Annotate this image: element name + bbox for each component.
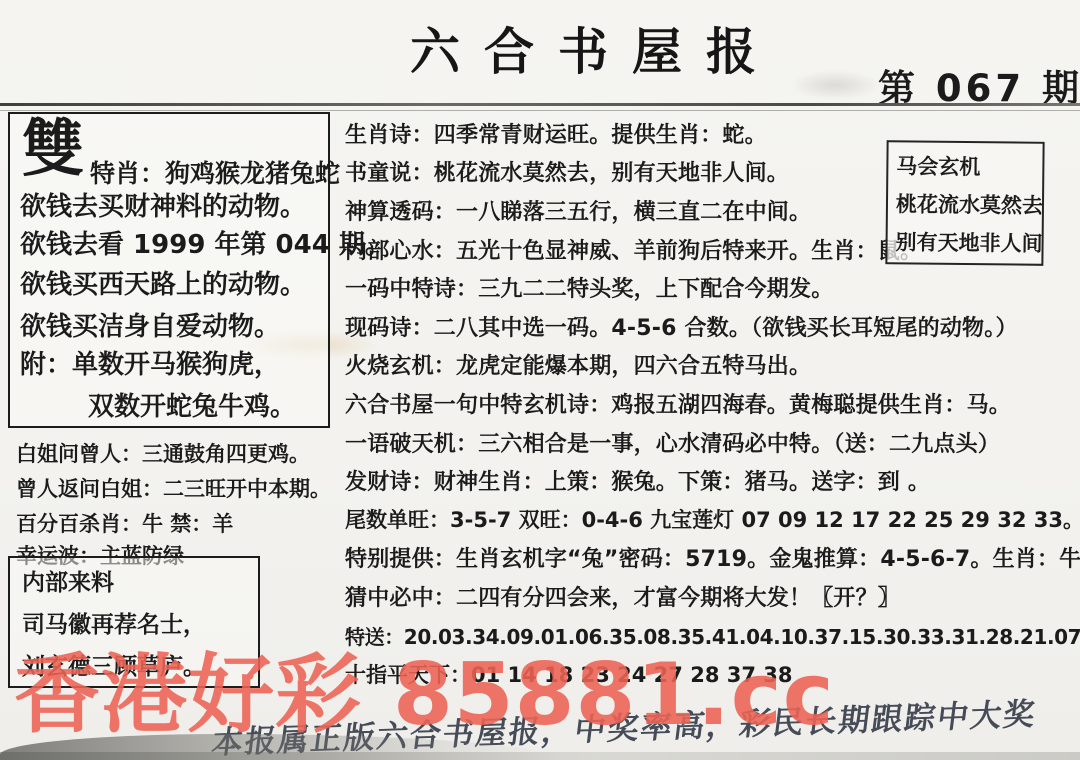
money-poem-line: 双数开蛇兔牛鸡。 <box>88 386 296 423</box>
special-zodiac-line: 特肖：狗鸡猴龙猪兔蛇 <box>90 154 340 190</box>
horse-club-mystery-box: 马会玄机 桃花流水莫然去 别有天地非人间 <box>885 140 1044 266</box>
header-divider-light <box>0 110 1080 111</box>
tip-line-fire-mystery: 火烧玄机：龙虎定能爆本期，四六合五特马出。 <box>345 346 1078 385</box>
money-poem-line: 附：单数开马猴狗虎， <box>20 344 280 381</box>
site-watermark: 香港好彩 85881.cc <box>14 652 835 738</box>
horse-club-line: 别有天地非人间 <box>895 226 1042 258</box>
tip-line-one-sentence-poem: 六合书屋一句中特玄机诗：鸡报五湖四海春。黄梅聪提供生肖：马。 <box>345 384 1078 423</box>
paper-stain <box>790 70 880 100</box>
tip-line-break-secret: 一语破天机：三六相合是一事，心水清码必中特。（送：二九点头） <box>345 423 1078 462</box>
tip-line-special-offer: 特别提供：生肖玄机字“兔”密码：5719。金鬼推算：4-5-6-7。生肖：牛。 <box>345 539 1078 578</box>
money-poem-line: 欲钱买洁身自爱动物。 <box>20 306 280 343</box>
tip-line-guess-hit: 猜中必中：二四有分四会来，才富今期将大发！〖开？〗 <box>345 577 1078 616</box>
internal-info-title: 内部来料 <box>22 564 114 597</box>
kill-zodiac-line: 百分百杀肖：牛 禁：羊 <box>16 508 233 538</box>
tip-line-fortune-poem: 发财诗：财神生肖：上策：猴兔。下策：猪马。送字：到 。 <box>345 461 1078 500</box>
horse-club-title: 马会玄机 <box>896 150 980 181</box>
page-title: 六合书屋报 <box>410 12 780 84</box>
special-zodiac-box: 雙 特肖：狗鸡猴龙猪兔蛇 欲钱去买财神料的动物。 欲钱去看 1999 年第 04… <box>8 112 330 428</box>
tip-line-current-code-poem: 现码诗：二八其中选一码。4-5-6 合数。（欲钱买长耳短尾的动物。） <box>345 307 1078 346</box>
money-poem-line: 欲钱去买财神料的动物。 <box>20 186 306 223</box>
newspaper-page: 六合书屋报 第 067 期 雙 特肖：狗鸡猴龙猪兔蛇 欲钱去买财神料的动物。 欲… <box>0 0 1080 760</box>
double-character: 雙 <box>22 118 84 180</box>
money-poem-line: 欲钱去看 1999 年第 044 期。 <box>20 224 391 261</box>
internal-info-line: 司马徽再荐名士， <box>22 606 206 639</box>
tip-line-tail-numbers: 尾数单旺：3-5-7 双旺：0-4-6 九宝莲灯 07 09 12 17 22 … <box>345 500 1078 539</box>
dialog-line: 白姐问曾人：三通鼓角四更鸡。 <box>16 438 310 468</box>
header-divider <box>0 103 1080 106</box>
horse-club-line: 桃花流水莫然去 <box>896 188 1043 220</box>
money-poem-line: 欲钱买西天路上的动物。 <box>20 264 306 301</box>
dialog-line: 曾人返问白姐：二三旺开中本期。 <box>16 473 331 503</box>
tip-line-one-code-poem: 一码中特诗：三九二二特头奖，上下配合今期发。 <box>345 268 1078 307</box>
